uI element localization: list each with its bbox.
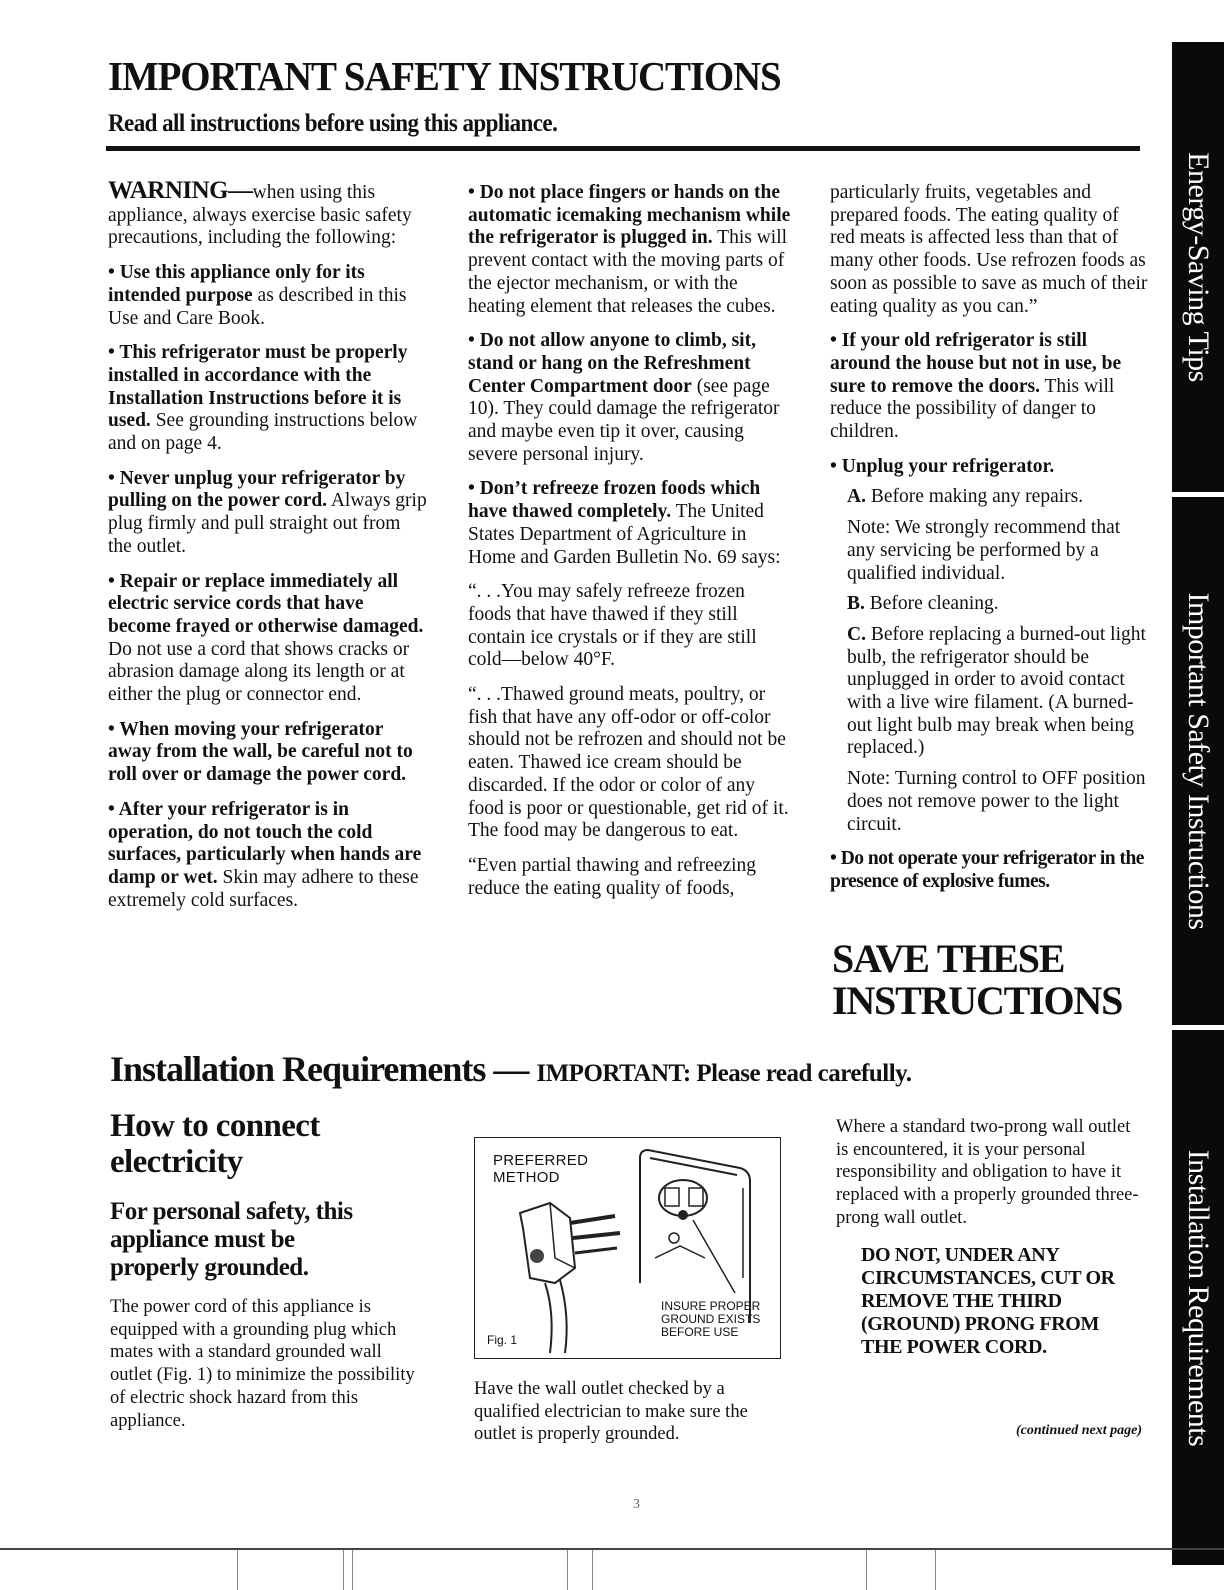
safety-item: • This refrigerator must be properly ins… <box>108 342 428 456</box>
bottom-border <box>0 1548 1224 1550</box>
safety-item: • After your refrigerator is in operatio… <box>108 799 428 913</box>
safety-item: • When moving your refrigerator away fro… <box>108 719 428 787</box>
safety-item: • Do not place fingers or hands on the a… <box>468 182 793 318</box>
usda-quote-continued: particularly fruits, vegetables and prep… <box>830 182 1148 318</box>
grounding-body: The power cord of this appliance is equi… <box>110 1296 420 1432</box>
page-title: IMPORTANT SAFETY INSTRUCTIONS <box>108 56 781 97</box>
unplug-heading: • Unplug your refrigerator. <box>830 456 1148 479</box>
safety-item: • Repair or replace immediately all elec… <box>108 571 428 707</box>
usda-quote: “. . .You may safely refreeze frozen foo… <box>468 581 793 672</box>
scan-mark <box>935 1550 936 1590</box>
connect-electricity-heading: How to connect electricity <box>110 1108 360 1180</box>
figure-grounded-plug: PREFERRED METHOD INSURE PROPER GROUND EX… <box>474 1137 781 1359</box>
safety-item: • Don’t refreeze frozen foods which have… <box>468 478 793 569</box>
unplug-item-c: C. Before replacing a burned-out light b… <box>830 624 1148 760</box>
page-subtitle: Read all instructions before using this … <box>108 110 557 138</box>
installation-heading: Installation Requirements — IMPORTANT: P… <box>110 1048 912 1090</box>
safety-column-3: particularly fruits, vegetables and prep… <box>830 182 1148 906</box>
safety-item: • Do not operate your refrigerator in th… <box>830 848 1148 893</box>
side-tab-important-safety-instructions[interactable]: Important Safety Instructions <box>1172 497 1224 1025</box>
scan-mark <box>237 1550 238 1590</box>
warning-label: WARNING— <box>108 177 253 204</box>
unplug-note: Note: Turning control to OFF position do… <box>830 768 1148 836</box>
unplug-note: Note: We strongly recommend that any ser… <box>830 517 1148 585</box>
figure-caption: Have the wall outlet checked by a qualif… <box>474 1378 779 1446</box>
scan-mark <box>352 1550 353 1590</box>
safety-column-2: • Do not place fingers or hands on the a… <box>468 182 793 912</box>
header-divider <box>106 146 1140 151</box>
two-prong-outlet-body: Where a standard two-prong wall outlet i… <box>836 1116 1146 1230</box>
usda-quote: “Even partial thawing and refreezing red… <box>468 855 793 900</box>
usda-quote: “. . .Thawed ground meats, poultry, or f… <box>468 684 793 843</box>
warning-intro: WARNING—when using this appliance, alway… <box>108 180 428 250</box>
installation-column-1: How to connect electricity For personal … <box>110 1108 420 1432</box>
side-tab-installation-requirements[interactable]: Installation Requirements <box>1172 1030 1224 1565</box>
unplug-item-a: A. Before making any repairs. <box>830 486 1148 509</box>
ground-prong-warning: DO NOT, UNDER ANY CIRCUMSTANCES, CUT OR … <box>861 1244 1131 1359</box>
safety-item: • Use this appliance only for its intend… <box>108 262 428 330</box>
figure-number: Fig. 1 <box>487 1334 517 1347</box>
unplug-item-b: B. Before cleaning. <box>830 593 1148 616</box>
scan-mark <box>567 1550 568 1590</box>
continued-next-page: (continued next page) <box>1016 1423 1142 1439</box>
scan-mark <box>866 1550 867 1590</box>
safety-item: • Never unplug your refrigerator by pull… <box>108 468 428 559</box>
grounding-subheading: For personal safety, this appliance must… <box>110 1198 380 1282</box>
safety-item: • Do not allow anyone to climb, sit, sta… <box>468 330 793 466</box>
scan-mark <box>343 1550 344 1590</box>
installation-column-3: Where a standard two-prong wall outlet i… <box>836 1116 1146 1359</box>
side-tab-energy-saving-tips[interactable]: Energy-Saving Tips <box>1172 42 1224 492</box>
save-instructions-heading: SAVE THESE INSTRUCTIONS <box>832 938 1122 1022</box>
page-number: 3 <box>633 1497 640 1513</box>
figure-callout: INSURE PROPER GROUND EXISTS BEFORE USE <box>661 1300 760 1339</box>
safety-item: • If your old refrigerator is still arou… <box>830 330 1148 444</box>
safety-column-1: WARNING—when using this appliance, alway… <box>108 180 428 924</box>
scan-mark <box>592 1550 593 1590</box>
